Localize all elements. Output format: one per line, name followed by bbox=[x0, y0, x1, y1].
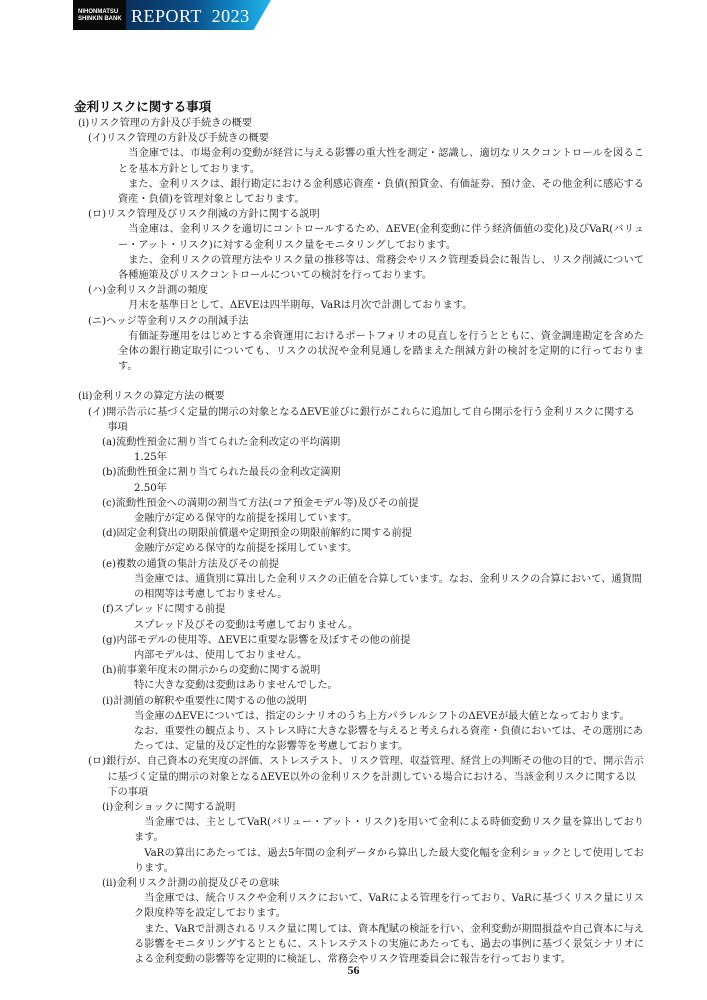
paragraph: また、金利リスクは、銀行勘定における金利感応資産・負債(預貸金、有価証券、預け金… bbox=[74, 177, 644, 207]
paragraph: 当金庫では、主としてVaR(バリュー・アット・リスク)を用いて金利による時価変動… bbox=[74, 815, 644, 845]
list-item-label: (c)流動性預金への満期の割当て方法(コア預金モデル等)及びその前提 bbox=[74, 496, 644, 511]
subsection-heading: (ロ)リスク管理及びリスク削減の方針に関する説明 bbox=[74, 207, 644, 222]
document-body: 金利リスクに関する事項 (ⅰ)リスク管理の方針及び手続きの概要 (イ)リスク管理… bbox=[74, 99, 644, 967]
paragraph: 当金庫では、市場金利の変動が経営に与える影響の重大性を測定・認識し、適切なリスク… bbox=[74, 146, 644, 176]
list-item-body: 1.25年 bbox=[74, 450, 644, 465]
bank-name-line2: SHINKIN BANK bbox=[78, 16, 122, 23]
list-item-label: (h)前事業年度末の開示からの変動に関する説明 bbox=[74, 663, 644, 678]
subsection-heading: (イ)リスク管理の方針及び手続きの概要 bbox=[74, 131, 644, 146]
paragraph: 当金庫は、金利リスクを適切にコントロールするため、ΔEVE(金利変動に伴う経済価… bbox=[74, 222, 644, 252]
item-list: (a)流動性預金に割り当てられた金利改定の平均満期 1.25年 (b)流動性預金… bbox=[74, 435, 644, 754]
list-item-label: (f)スプレッドに関する前提 bbox=[74, 602, 644, 617]
list-item-body: スプレッド及びその変動は考慮しておりません。 bbox=[74, 618, 644, 633]
report-banner: NIHONMATSU SHINKIN BANK REPORT 2023 bbox=[73, 0, 271, 30]
spacer bbox=[74, 374, 644, 389]
list-item-label: (d)固定金利貸出の期限前償還や定期預金の期限前解約に関する前提 bbox=[74, 526, 644, 541]
list-item-label: (b)流動性預金に割り当てられた最長の金利改定満期 bbox=[74, 465, 644, 480]
list-item-body: 内部モデルは、使用しておりません。 bbox=[74, 648, 644, 663]
bank-name: NIHONMATSU SHINKIN BANK bbox=[78, 9, 122, 22]
list-item-label: (ⅰ)金利ショックに関する説明 bbox=[74, 800, 644, 815]
paragraph: また、金利リスクの管理方法やリスク量の推移等は、常務会やリスク管理委員会に報告し… bbox=[74, 253, 644, 283]
section-heading: (ⅰ)リスク管理の方針及び手続きの概要 bbox=[74, 116, 644, 131]
bank-name-line1: NIHONMATSU bbox=[78, 9, 122, 16]
list-item-body: 当金庫のΔEVEについては、指定のシナリオのうち上方パラレルシフトのΔEVEが最… bbox=[74, 709, 644, 724]
paragraph: 月末を基準日として、ΔEVEは四半期毎、VaRは月次で計測しております。 bbox=[74, 298, 644, 313]
list-item-label: (g)内部モデルの使用等、ΔEVEに重要な影響を及ぼすその他の前提 bbox=[74, 633, 644, 648]
subsection-heading-text: (ロ)銀行が、自己資本の充実度の評価、ストレステスト、リスク管理、収益管理、経営… bbox=[88, 754, 644, 800]
subsection-heading: (ロ)銀行が、自己資本の充実度の評価、ストレステスト、リスク管理、収益管理、経営… bbox=[74, 754, 644, 800]
list-item-label: (i)計測値の解釈や重要性に関するの他の説明 bbox=[74, 694, 644, 709]
list-item-body: 金融庁が定める保守的な前提を採用しています。 bbox=[74, 511, 644, 526]
subsection-heading-text: (イ)開示告示に基づく定量的開示の対象となるΔEVE並びに銀行がこれらに追加して… bbox=[88, 405, 644, 435]
report-title: REPORT 2023 bbox=[131, 5, 250, 27]
list-item-label: (ⅱ)金利リスク計測の前提及びその意味 bbox=[74, 876, 644, 891]
list-item-body: 特に大きな変動は変動はありませんでした。 bbox=[74, 678, 644, 693]
paragraph: 当金庫では、統合リスクや金利リスクにおいて、VaRによる管理を行っており、VaR… bbox=[74, 891, 644, 921]
paragraph: 有価証券運用をはじめとする余資運用におけるポートフォリオの見直しを行うとともに、… bbox=[74, 329, 644, 375]
paragraph: VaRの算出にあたっては、過去5年間の金利データから算出した最大変化幅を金利ショ… bbox=[74, 846, 644, 876]
subsection-heading: (ニ)ヘッジ等金利リスクの削減手法 bbox=[74, 314, 644, 329]
list-item-body: 当金庫では、通貨別に算出した金利リスクの正値を合算しています。なお、金利リスクの… bbox=[74, 572, 644, 602]
subsection-heading: (イ)開示告示に基づく定量的開示の対象となるΔEVE並びに銀行がこれらに追加して… bbox=[74, 405, 644, 435]
section-heading: (ⅱ)金利リスクの算定方法の概要 bbox=[74, 389, 644, 404]
page-title: 金利リスクに関する事項 bbox=[74, 99, 644, 115]
list-item-body: なお、重要性の観点より、ストレス時に大きな影響を与えると考えられる資産・負債にお… bbox=[74, 724, 644, 754]
paragraph: また、VaRで計測されるリスク量に関しては、資本配賦の検証を行い、金利変動が期間… bbox=[74, 922, 644, 968]
bank-logo-block: NIHONMATSU SHINKIN BANK bbox=[73, 0, 126, 30]
list-item-label: (e)複数の通貨の集計方法及びその前提 bbox=[74, 557, 644, 572]
list-item-body: 金融庁が定める保守的な前提を採用しています。 bbox=[74, 541, 644, 556]
list-item-body: 2.50年 bbox=[74, 481, 644, 496]
list-item-label: (a)流動性預金に割り当てられた金利改定の平均満期 bbox=[74, 435, 644, 450]
subsection-heading: (ハ)金利リスク計測の頻度 bbox=[74, 283, 644, 298]
page-number: 56 bbox=[0, 963, 707, 978]
